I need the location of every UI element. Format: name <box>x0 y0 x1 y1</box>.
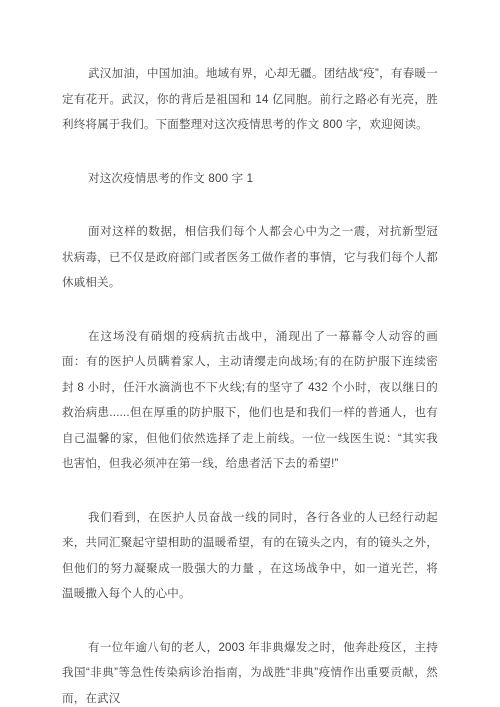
essay-paragraph-1: 面对这样的数据，相信我们每个人都会心中为之一震，对抗新型冠状病毒，已不仅是政府部… <box>62 220 438 297</box>
document-page: 武汉加油，中国加油。地域有界，心却无疆。团结战“疫”，有春暖一定有花开。武汉，你… <box>0 0 500 707</box>
essay-section-heading: 对这次疫情思考的作文 800 字 1 <box>62 167 438 193</box>
essay-paragraph-3: 我们看到，在医护人员奋战一线的同时，各行各业的人已经行动起来，共同汇聚起守望相助… <box>62 506 438 608</box>
essay-paragraph-2: 在这场没有硝烟的疫病抗击战中，涌现出了一幕幕令人动容的画面：有的医护人员瞒着家人… <box>62 325 438 478</box>
intro-paragraph: 武汉加油，中国加油。地域有界，心却无疆。团结战“疫”，有春暖一定有花开。武汉，你… <box>62 62 438 139</box>
essay-paragraph-4: 有一位年逾八旬的老人，2003 年非典爆发之时，他奔赴疫区，主持我国“非典”等急… <box>62 636 438 707</box>
